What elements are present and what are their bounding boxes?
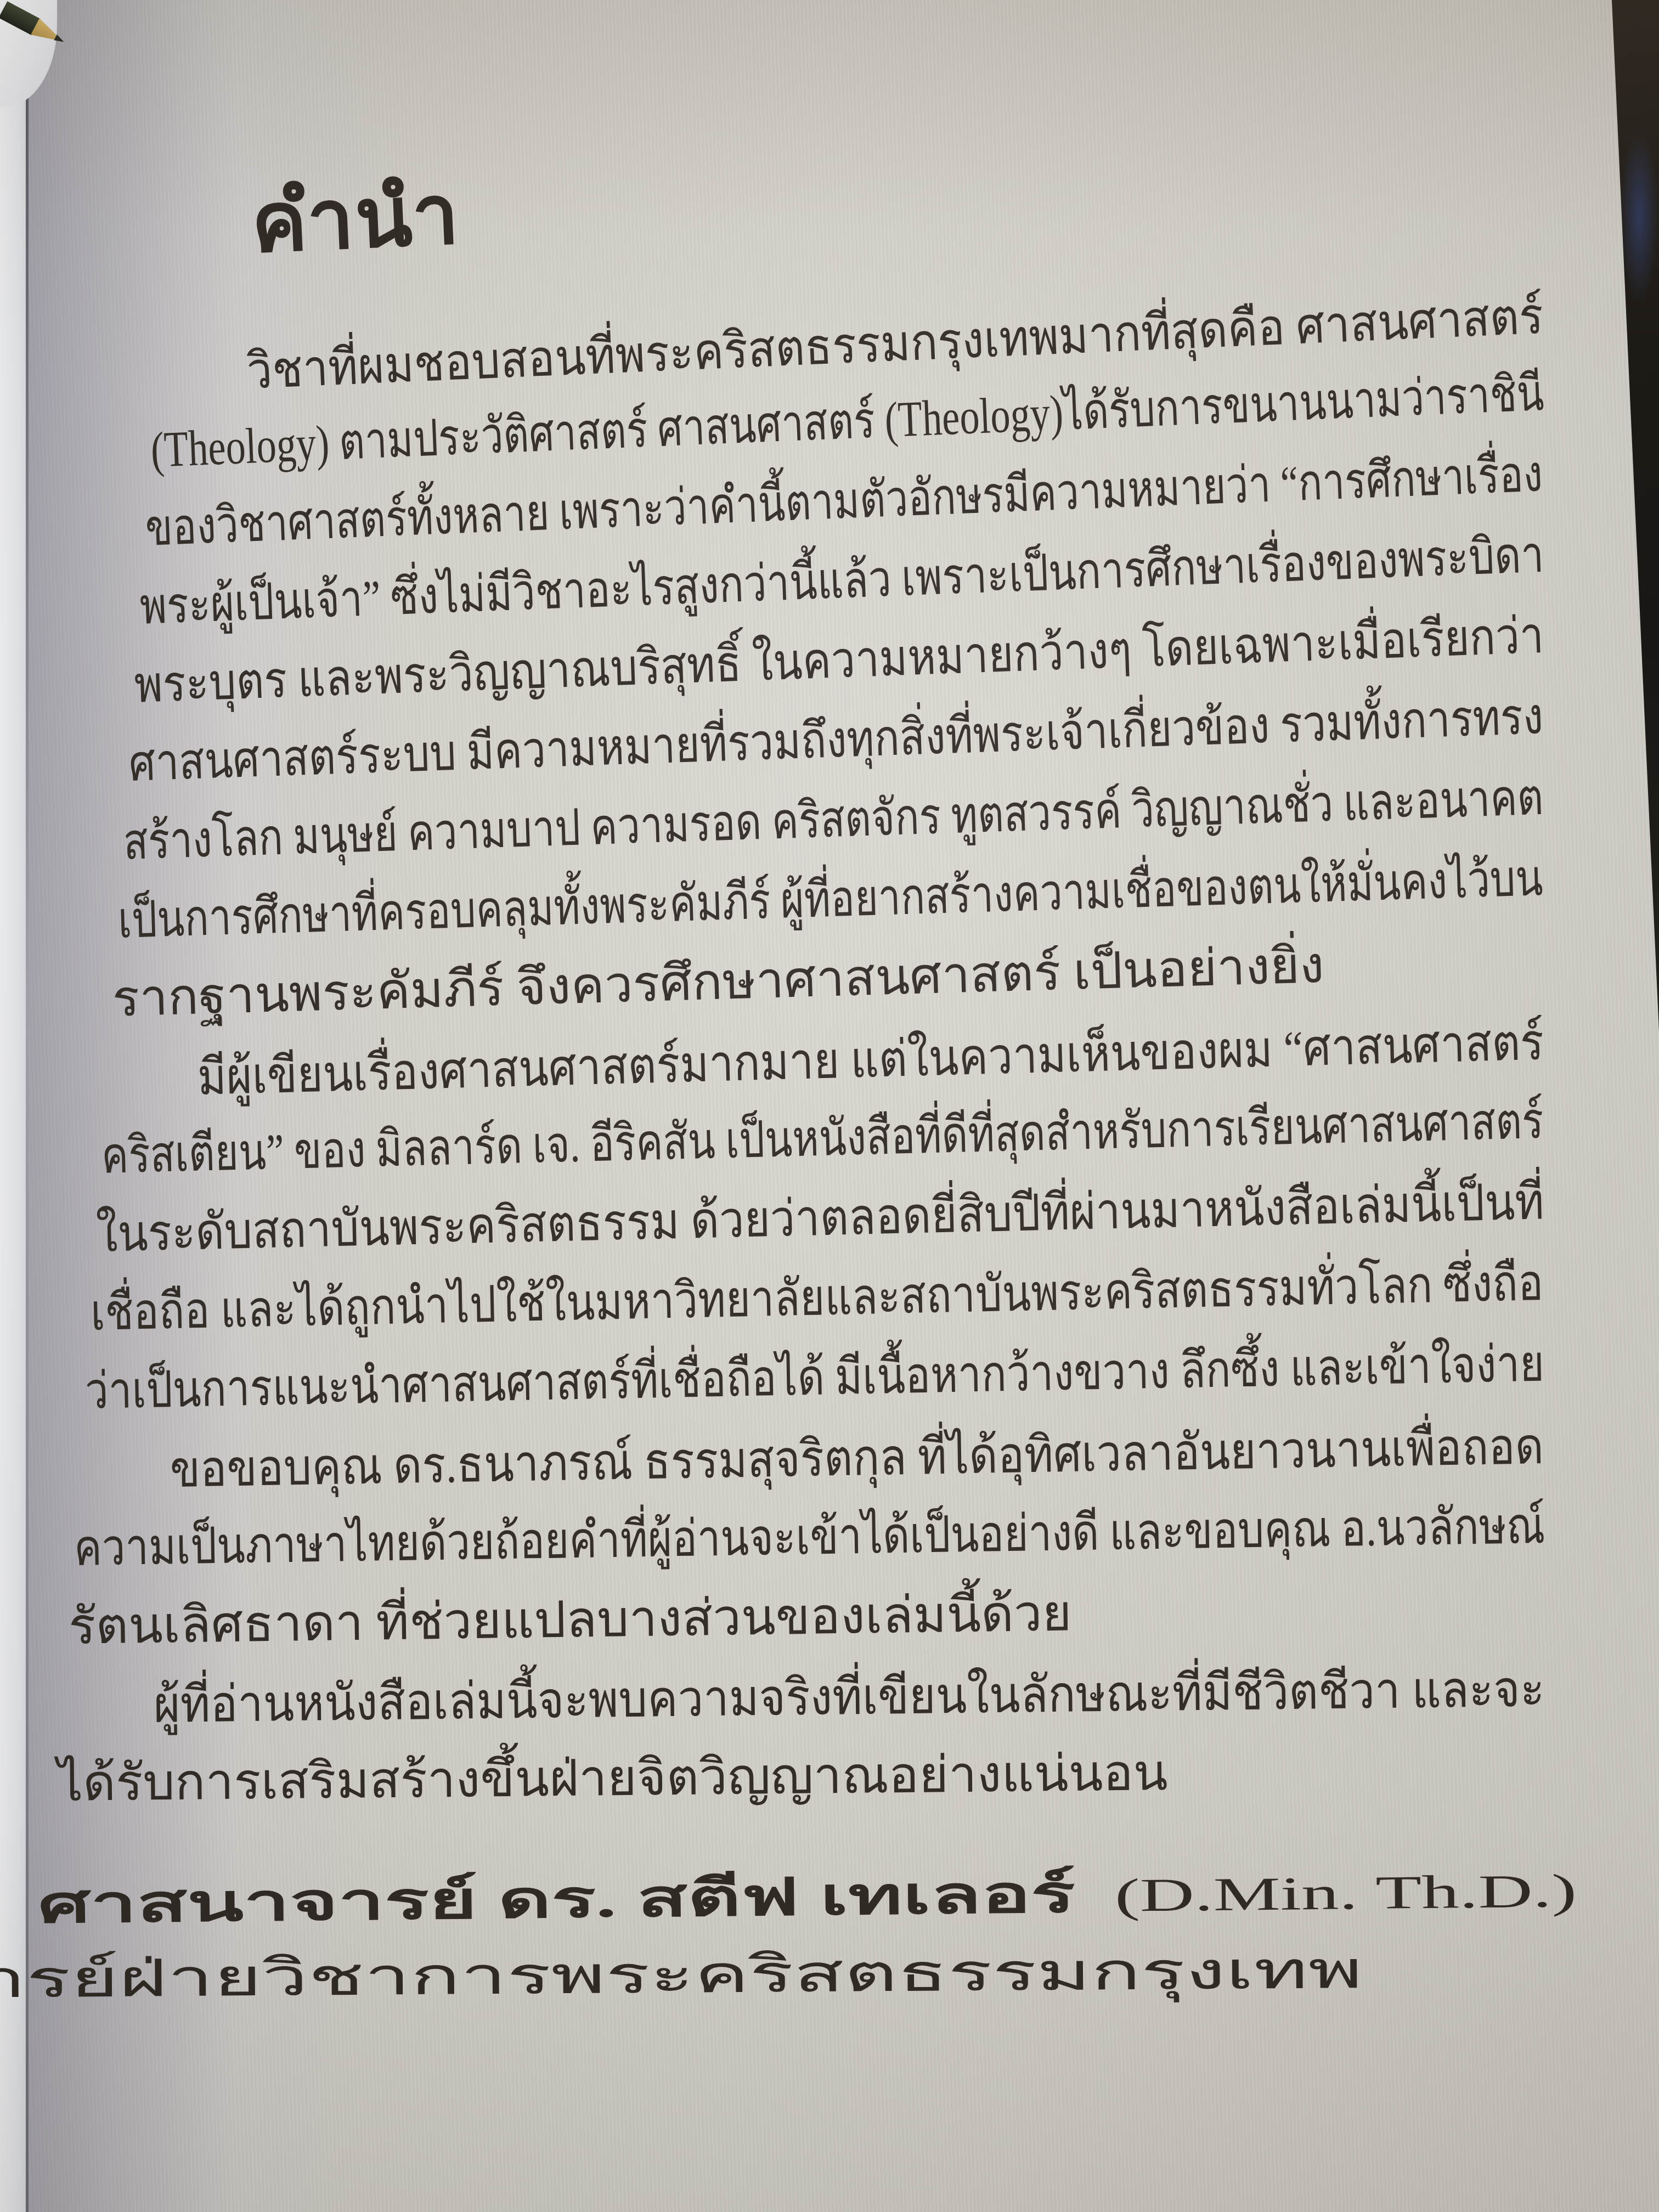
- body-line-15: ขอขอบคุณ ดร.ธนาภรณ์ ธรรมสุจริตกุล ที่ได้…: [170, 1414, 1544, 1502]
- signature-role-line: อาจารย์ฝ่ายวิชาการพระคริสตธรรมกรุงเทพ: [0, 1929, 1363, 2021]
- signature-credentials-text: (D.Min. Th.D.): [1114, 1864, 1577, 1922]
- text-layer: คำนำ วิชาที่ผมชอบสอนที่พระคริสตธรรมกรุงเ…: [0, 0, 1659, 2212]
- page-title: คำนำ: [250, 173, 462, 265]
- book-page-photo: คำนำ วิชาที่ผมชอบสอนที่พระคริสตธรรมกรุงเ…: [0, 0, 1659, 2212]
- body-line-16: ความเป็นภาษาไทยด้วยถ้อยคำที่ผู้อ่านจะเข้…: [74, 1493, 1545, 1581]
- body-line-18: ผู้ที่อ่านหนังสือเล่มนี้จะพบความจริงที่เ…: [153, 1657, 1545, 1737]
- body-line-19: ได้รับการเสริมสร้างขึ้นฝ่ายจิตวิญญาณอย่า…: [57, 1740, 1168, 1816]
- body-line-14: ว่าเป็นการแนะนำศาสนศาสตร์ที่เชื่อถือได้ …: [84, 1331, 1545, 1424]
- body-line-12: ในระดับสถาบันพระคริสตธรรม ด้วยว่าตลอดยี่…: [95, 1169, 1545, 1267]
- body-line-17: รัตนเลิศธาดา ที่ช่วยแปลบางส่วนของเล่มนี้…: [68, 1581, 1072, 1659]
- body-line-13: เชื่อถือ และได้ถูกนำไปใช้ในมหาวิทยาลัยแล…: [90, 1250, 1544, 1345]
- signature-name: ศาสนาจารย์ ดร. สตีฟ เทเลอร์: [38, 1866, 1076, 1934]
- signature-credentials: [1096, 1869, 1115, 1922]
